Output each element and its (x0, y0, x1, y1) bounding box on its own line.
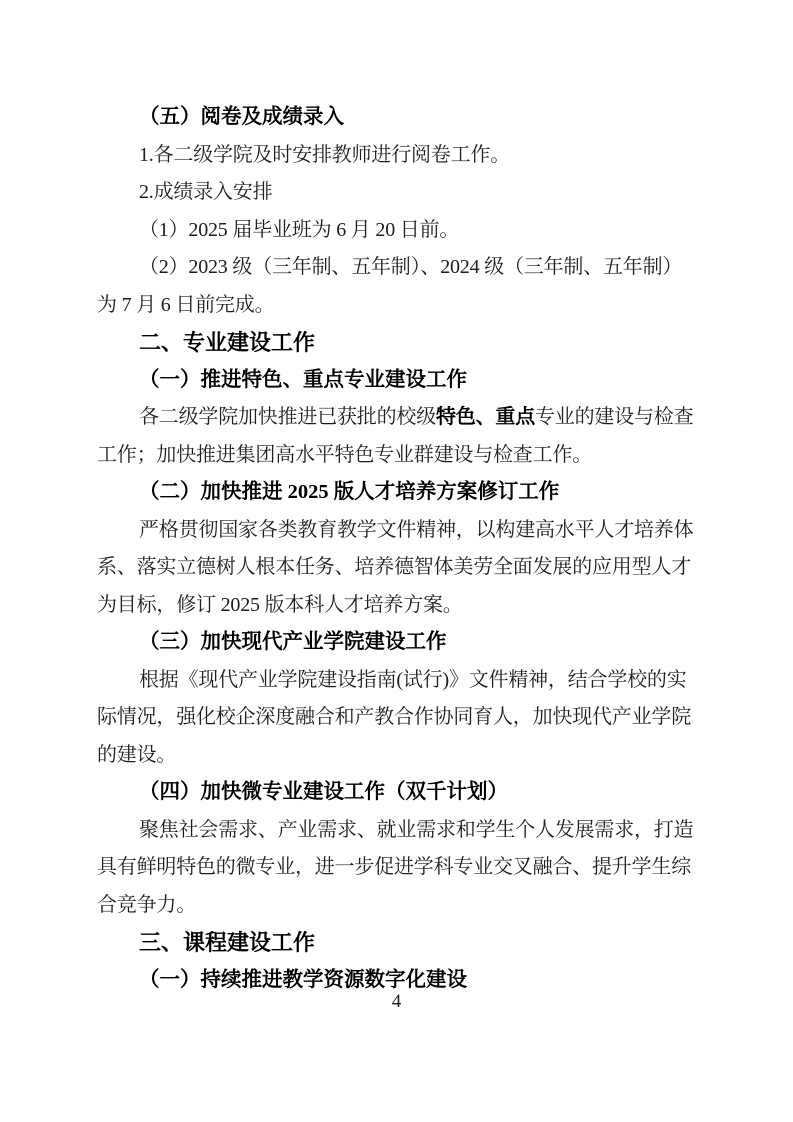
para-line-2-1-a: 各二级学院加快推进已获批的校级特色、重点专业的建设与检查 (97, 399, 705, 437)
para-line-2-2-b: 系、落实立德树人根本任务、培养德智体美劳全面发展的应用型人才 (97, 549, 705, 587)
heading-subsection-2-2: （二）加快推进 2025 版人才培养方案修订工作 (97, 474, 705, 512)
para-line-2-3-a: 根据《现代产业学院建设指南(试行)》文件精神，结合学校的实 (97, 662, 705, 700)
document-page: （五）阅卷及成绩录入 1.各二级学院及时安排教师进行阅卷工作。 2.成绩录入安排… (0, 0, 793, 1122)
para-line-2-4-b: 具有鲜明特色的微专业，进一步促进学科专业交叉融合、提升学生综 (97, 849, 705, 887)
para-line-grading-4: （2）2023 级（三年制、五年制）、2024 级（三年制、五年制） (97, 249, 705, 287)
para-line-2-3-c: 的建设。 (97, 737, 705, 775)
text-run: 各二级学院加快推进已获批的校级 (139, 406, 436, 428)
heading-subsection-2-4: （四）加快微专业建设工作（双千计划） (97, 774, 705, 812)
para-line-2-2-a: 严格贯彻国家各类教育教学文件精神，以构建高水平人才培养体 (97, 512, 705, 550)
text-run: 专业的建设与检查 (535, 406, 693, 428)
heading-section-3-course-construction: 三、课程建设工作 (97, 924, 705, 962)
heading-subsection-5-grading: （五）阅卷及成绩录入 (97, 99, 705, 137)
para-line-2-4-c: 合竞争力。 (97, 887, 705, 925)
para-line-2-1-b: 工作；加快推进集团高水平特色专业群建设与检查工作。 (97, 437, 705, 475)
text-run-bold: 特色、重点 (436, 406, 535, 428)
para-line-2-4-a: 聚焦社会需求、产业需求、就业需求和学生个人发展需求，打造 (97, 812, 705, 850)
para-line-grading-3: （1）2025 届毕业班为 6 月 20 日前。 (97, 212, 705, 250)
heading-subsection-2-3: （三）加快现代产业学院建设工作 (97, 624, 705, 662)
para-line-grading-5: 为 7 月 6 日前完成。 (97, 287, 705, 325)
page-number: 4 (0, 990, 793, 1014)
para-line-2-3-b: 际情况，强化校企深度融合和产教合作协同育人，加快现代产业学院 (97, 699, 705, 737)
heading-subsection-2-1: （一）推进特色、重点专业建设工作 (97, 362, 705, 400)
heading-section-2-major-construction: 二、专业建设工作 (97, 324, 705, 362)
para-line-grading-1: 1.各二级学院及时安排教师进行阅卷工作。 (97, 137, 705, 175)
document-body: （五）阅卷及成绩录入 1.各二级学院及时安排教师进行阅卷工作。 2.成绩录入安排… (97, 99, 705, 999)
para-line-grading-2: 2.成绩录入安排 (97, 174, 705, 212)
para-line-2-2-c: 为目标，修订 2025 版本科人才培养方案。 (97, 587, 705, 625)
